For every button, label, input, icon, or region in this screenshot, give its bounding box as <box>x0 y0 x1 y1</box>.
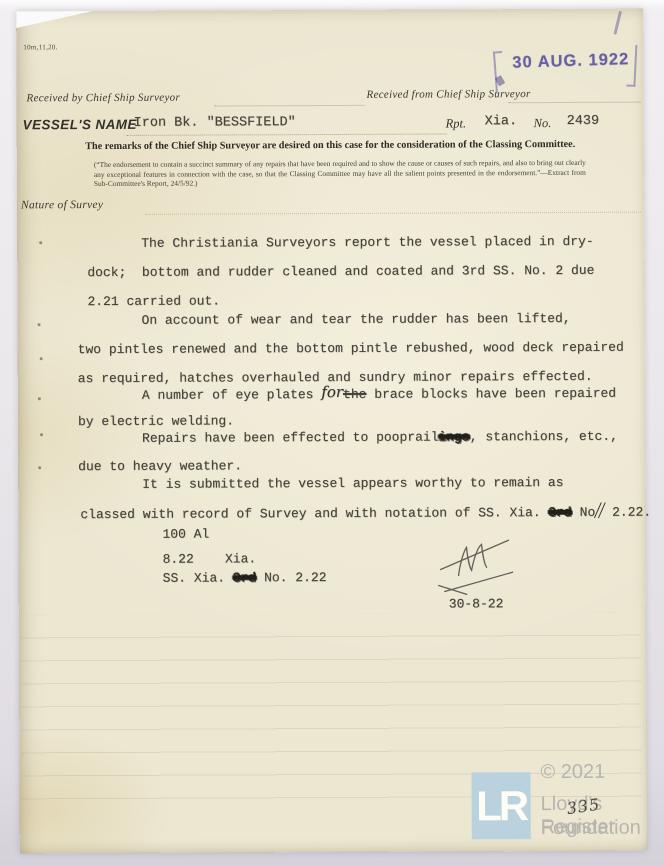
date-survey-line: 8.22 Xia. <box>163 551 257 566</box>
report-text: Repairs have been effected to pooprail <box>142 430 439 446</box>
struck-text: ings <box>438 429 469 444</box>
margin-speck <box>39 241 42 244</box>
ss-notation-line: SS. Xia. 3rd No. 2.22 <box>163 570 327 586</box>
report-line: two pintles renewed and the bottom pintl… <box>78 340 624 357</box>
report-line: A number of eye plates forthe brace bloc… <box>142 383 616 403</box>
signature-date: 30-8-22 <box>449 596 504 611</box>
struck-text: 3rd <box>548 505 571 520</box>
copyright-text: © 2021 <box>540 761 605 784</box>
received-from-label: Received from Chief Ship Surveyor <box>367 88 531 101</box>
vessel-name-line <box>127 132 447 135</box>
nature-of-survey-label: Nature of Survey <box>21 199 103 211</box>
report-line: dock; bottom and rudder cleaned and coat… <box>87 263 594 280</box>
class-notation-line: 100 Al <box>162 527 209 542</box>
report-text: A number of eye plates <box>142 387 322 403</box>
margin-speck <box>38 323 41 326</box>
endorsement-note: (“The endorsement to contain a succinct … <box>94 158 586 189</box>
remarks-notice: The remarks of the Chief Ship Surveyor a… <box>17 139 644 153</box>
report-text: , stanchions, etc., <box>470 429 618 445</box>
report-no-label: No. <box>534 116 552 131</box>
handwritten-correction: for <box>321 383 343 401</box>
received-by-label: Received by Chief Ship Surveyor <box>27 92 181 105</box>
report-text: classed with record of Survey and with n… <box>80 505 548 522</box>
nature-of-survey-line <box>145 211 641 215</box>
rpt-label: Rpt. <box>446 116 467 131</box>
report-line: Repairs have been effected to pooprailin… <box>142 429 618 446</box>
received-from-line <box>509 101 641 104</box>
org-name-line2: Foundation <box>541 817 641 840</box>
report-text: No. 2.22 <box>256 570 326 585</box>
corner-fold <box>16 11 94 28</box>
margin-speck <box>38 397 41 400</box>
report-line: On account of wear and tear the rudder h… <box>141 311 570 328</box>
stamp-bracket-left <box>493 51 505 94</box>
lloyds-register-logo: LR <box>471 772 530 839</box>
report-text: 2.22. <box>604 505 651 520</box>
report-line: 2.21 carried out. <box>87 293 220 309</box>
stamp-date-text: 30 AUG. 1922 <box>512 50 629 73</box>
received-by-line <box>215 104 365 107</box>
struck-text: the <box>343 387 366 402</box>
struck-text: 3rd <box>233 570 256 585</box>
report-line: by electric welding. <box>78 413 234 429</box>
slash-mark <box>595 504 604 518</box>
report-text: brace blocks have been repaired <box>366 386 616 402</box>
report-line: classed with record of Survey and with n… <box>80 504 651 522</box>
report-line: due to heavy weather. <box>78 458 242 474</box>
margin-speck <box>40 433 43 436</box>
report-line: It is submitted the vessel appears worth… <box>142 475 563 492</box>
report-no-value: 2439 <box>567 114 599 129</box>
vessel-name-value: Iron Bk. "BESSFIELD" <box>134 115 296 131</box>
vessel-name-label: VESSEL'S NAME <box>23 117 137 132</box>
margin-speck <box>40 357 43 360</box>
report-line: The Christiania Surveyors report the ves… <box>141 234 594 251</box>
form-code: 10m,11,20. <box>23 43 57 51</box>
margin-speck <box>38 466 41 469</box>
surveyor-signature <box>432 533 542 597</box>
document-page: 10m,11,20. 30 AUG. 1922 Received by Chie… <box>16 9 647 854</box>
report-text: No <box>572 505 595 520</box>
report-text: SS. Xia. <box>163 570 233 585</box>
stamp-ink-mark <box>613 11 622 35</box>
lr-logo-letters: LR <box>476 782 526 830</box>
rpt-value: Xia. <box>485 114 517 129</box>
